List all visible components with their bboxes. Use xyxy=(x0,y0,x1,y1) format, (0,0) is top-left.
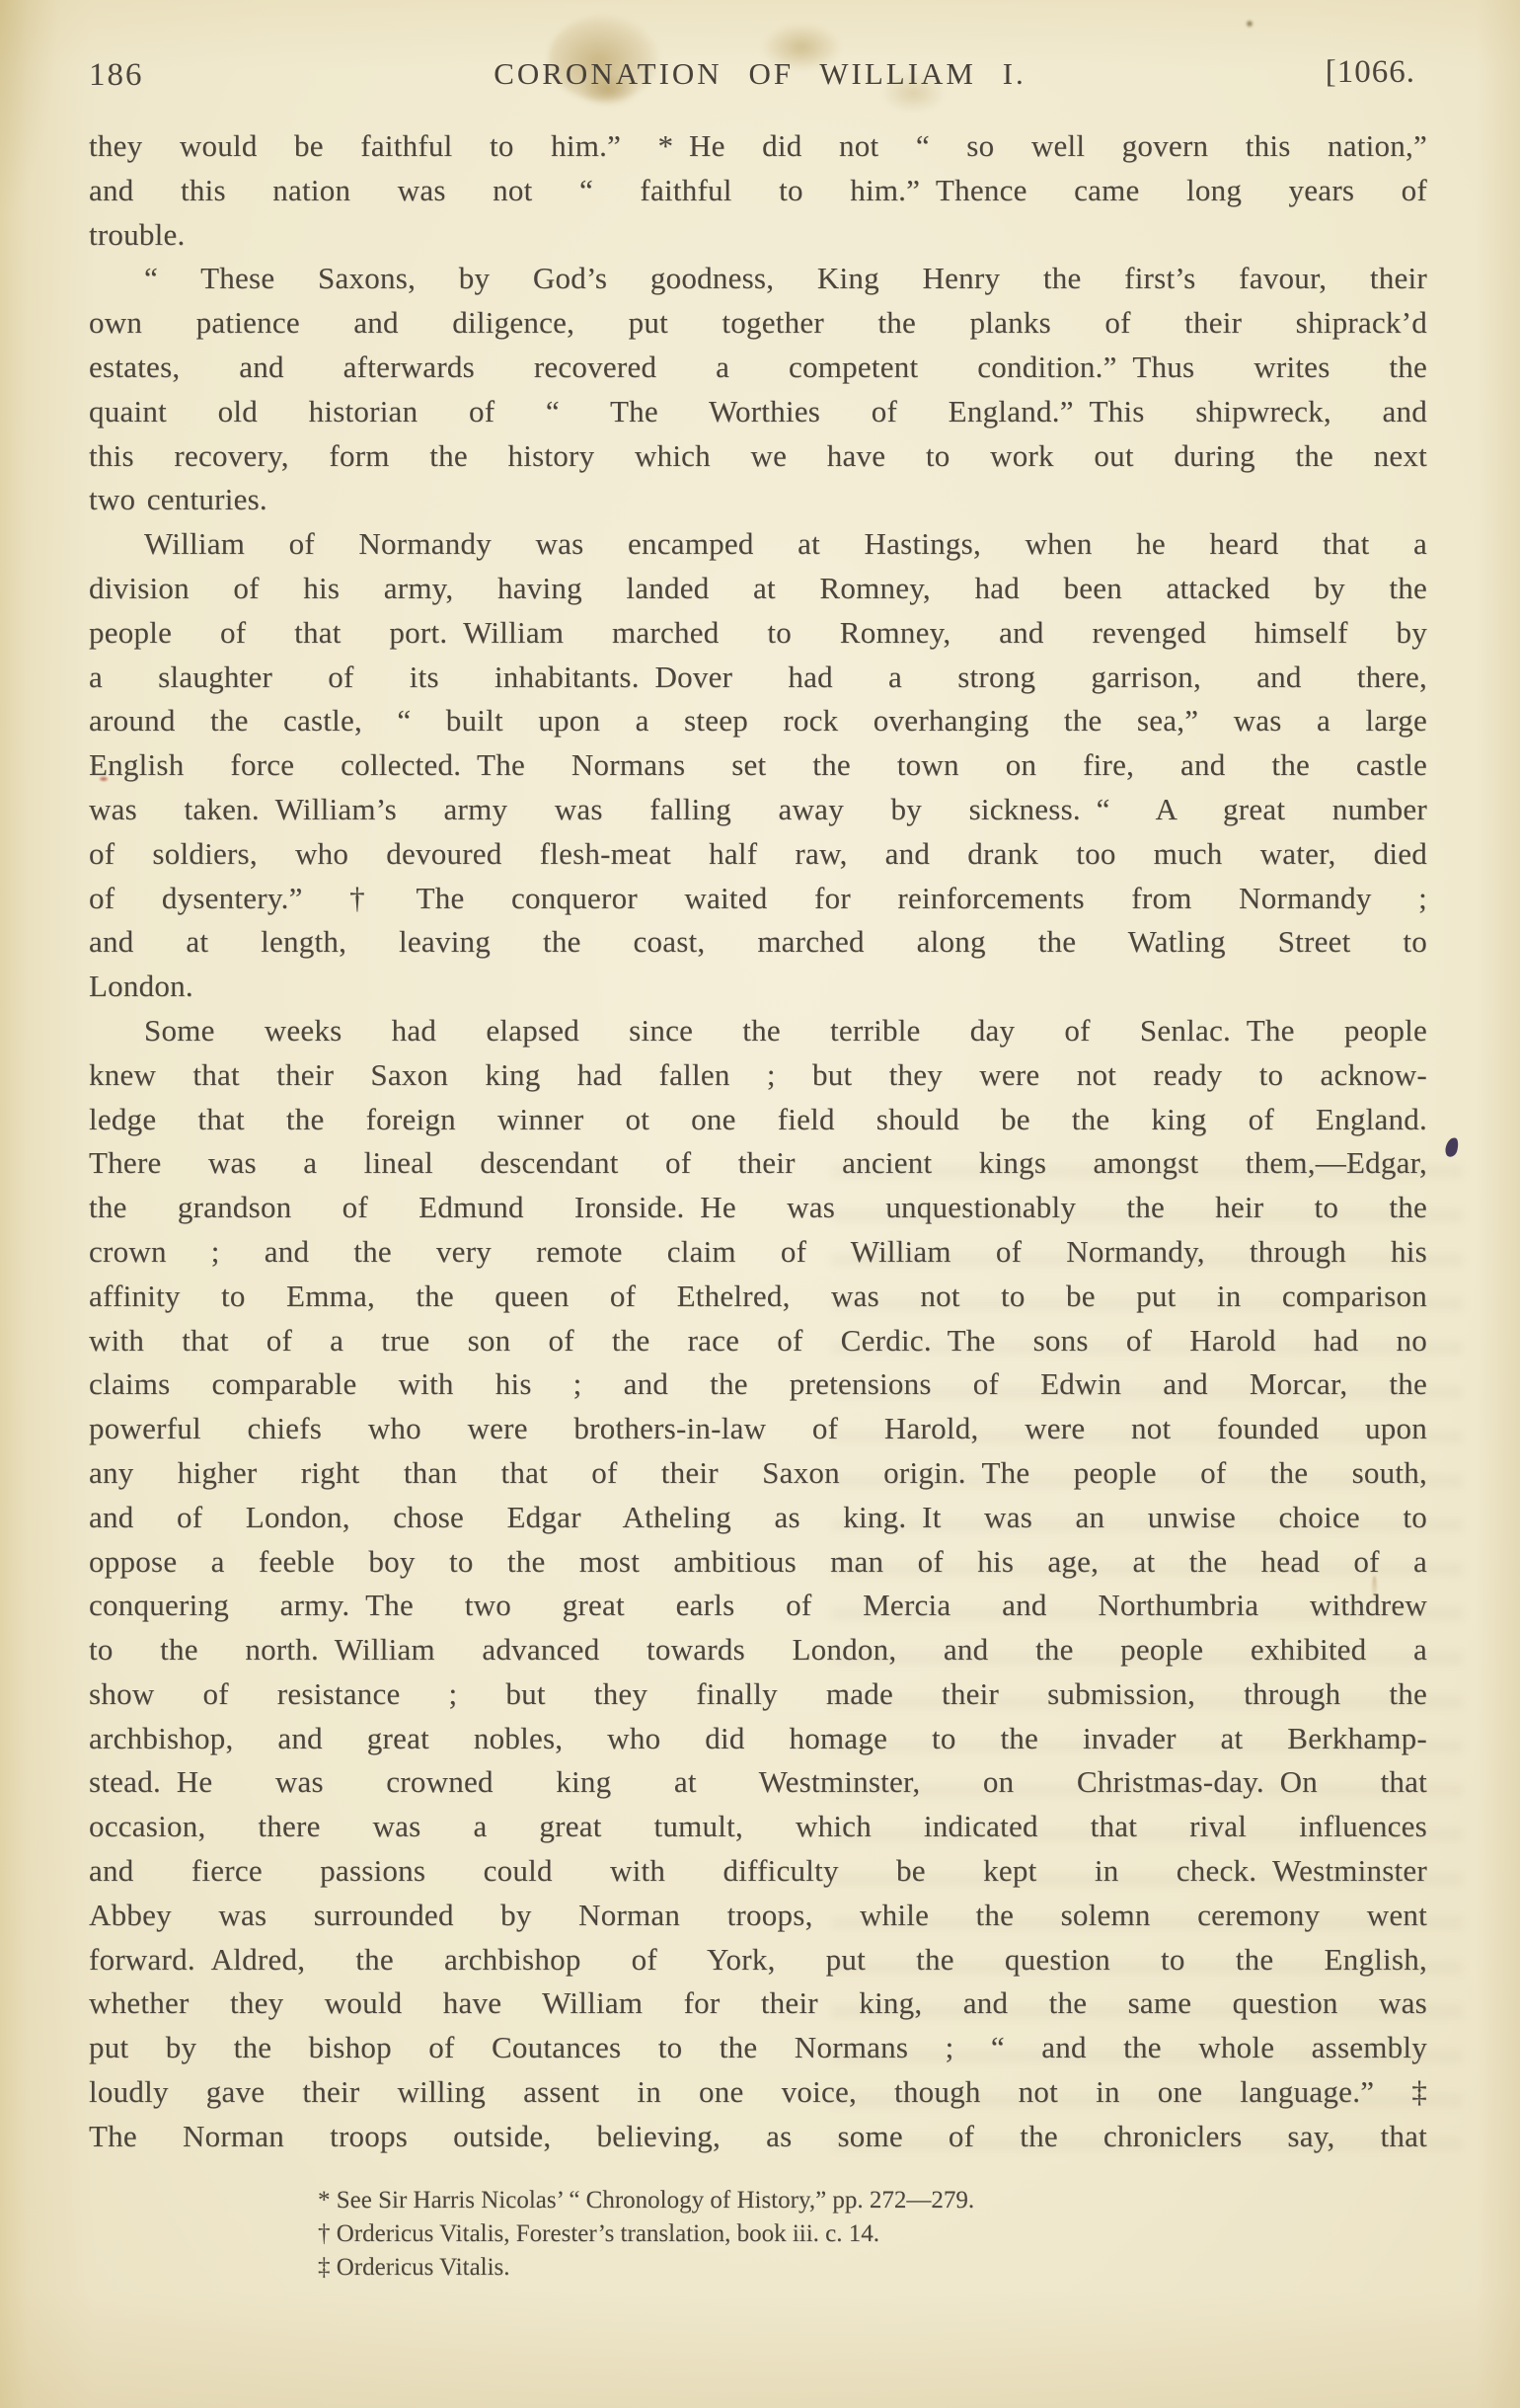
text-line: English force collected. The Normans set… xyxy=(89,743,1427,788)
text-line: trouble. xyxy=(89,213,1427,258)
text-line: crown ; and the very remote claim of Wil… xyxy=(89,1230,1427,1275)
page-corner-shading xyxy=(0,0,59,217)
text-line: loudly gave their willing assent in one … xyxy=(89,2070,1427,2115)
text-line: ledge that the foreign winner ot one fie… xyxy=(89,1098,1427,1142)
text-line: was taken. William’s army was falling aw… xyxy=(89,788,1427,832)
footnote-line: * See Sir Harris Nicolas’ “ Chronology o… xyxy=(318,2184,1305,2217)
text-line: a slaughter of its inhabitants. Dover ha… xyxy=(89,656,1427,700)
text-line: Abbey was surrounded by Norman troops, w… xyxy=(89,1894,1427,1938)
text-line: to the north. William advanced towards L… xyxy=(89,1628,1427,1672)
footnote-line: † Ordericus Vitalis, Forester’s translat… xyxy=(318,2217,1305,2251)
text-line: put by the bishop of Coutances to the No… xyxy=(89,2026,1427,2070)
text-line: and fierce passions could with difficult… xyxy=(89,1849,1427,1894)
text-line: and at length, leaving the coast, marche… xyxy=(89,920,1427,965)
text-line: affinity to Emma, the queen of Ethelred,… xyxy=(89,1275,1427,1319)
text-line: conquering army. The two great earls of … xyxy=(89,1584,1427,1628)
text-line: of soldiers, who devoured flesh-meat hal… xyxy=(89,832,1427,877)
text-line: claims comparable with his ; and the pre… xyxy=(89,1362,1427,1407)
text-line: “ These Saxons, by God’s goodness, King … xyxy=(89,257,1427,301)
margin-ink-blot xyxy=(1444,1136,1460,1158)
running-title: CORONATION OF WILLIAM I. xyxy=(0,56,1520,92)
text-line: they would be faithful to him.” * He did… xyxy=(89,124,1427,169)
text-line: and this nation was not “ faithful to hi… xyxy=(89,169,1427,213)
year-marker: [1066. xyxy=(1326,54,1415,91)
text-line: this recovery, form the history which we… xyxy=(89,434,1427,479)
text-line: There was a lineal descendant of their a… xyxy=(89,1141,1427,1186)
text-line: The Norman troops outside, believing, as… xyxy=(89,2115,1427,2159)
footnote-line: ‡ Ordericus Vitalis. xyxy=(318,2251,1305,2285)
text-line: of dysentery.” † The conqueror waited fo… xyxy=(89,877,1427,921)
text-line: whether they would have William for thei… xyxy=(89,1981,1427,2026)
footnotes: * See Sir Harris Nicolas’ “ Chronology o… xyxy=(318,2184,1305,2285)
text-line: own patience and diligence, put together… xyxy=(89,301,1427,346)
book-page-scan: 186 CORONATION OF WILLIAM I. [1066. they… xyxy=(0,0,1520,2408)
text-line: with that of a true son of the race of C… xyxy=(89,1319,1427,1363)
text-line: occasion, there was a great tumult, whic… xyxy=(89,1805,1427,1849)
text-line: and of London, chose Edgar Atheling as k… xyxy=(89,1496,1427,1540)
text-line: estates, and afterwards recovered a comp… xyxy=(89,346,1427,390)
paper-speck xyxy=(1246,20,1254,28)
text-line: oppose a feeble boy to the most ambitiou… xyxy=(89,1540,1427,1585)
text-line: the grandson of Edmund Ironside. He was … xyxy=(89,1186,1427,1230)
text-line: show of resistance ; but they finally ma… xyxy=(89,1672,1427,1717)
text-line: powerful chiefs who were brothers-in-law… xyxy=(89,1407,1427,1451)
text-line: archbishop, and great nobles, who did ho… xyxy=(89,1717,1427,1761)
text-line: knew that their Saxon king had fallen ; … xyxy=(89,1053,1427,1098)
text-line: quaint old historian of “ The Worthies o… xyxy=(89,390,1427,434)
text-line: any higher right than that of their Saxo… xyxy=(89,1451,1427,1496)
text-line: forward. Aldred, the archbishop of York,… xyxy=(89,1938,1427,1982)
text-line: William of Normandy was encamped at Hast… xyxy=(89,522,1427,567)
text-line: division of his army, having landed at R… xyxy=(89,567,1427,611)
text-line: two centuries. xyxy=(89,478,1427,522)
body-text: they would be faithful to him.” * He did… xyxy=(89,124,1427,2159)
text-line: London. xyxy=(89,965,1427,1009)
text-line: stead. He was crowned king at Westminste… xyxy=(89,1760,1427,1805)
text-line: Some weeks had elapsed since the terribl… xyxy=(89,1009,1427,1053)
text-line: around the castle, “ built upon a steep … xyxy=(89,699,1427,743)
text-line: people of that port. William marched to … xyxy=(89,611,1427,656)
